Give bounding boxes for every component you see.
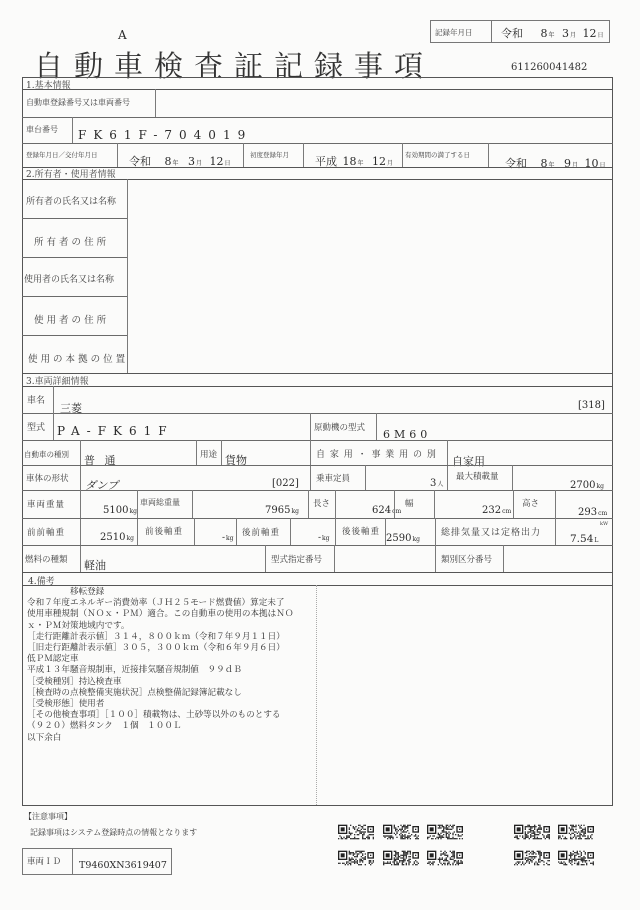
remarks-line: ［旧走行距離計表示値］３０５，３００ｋｍ（令和６年９月６日） bbox=[27, 643, 293, 654]
divider bbox=[365, 465, 366, 490]
fr-axle-number: - bbox=[222, 533, 225, 543]
month: 3 bbox=[562, 27, 569, 40]
expiry-date-value: 令和 8年 9月 10日 bbox=[505, 155, 606, 171]
width-value: 232cm bbox=[482, 505, 511, 516]
year: 8 bbox=[541, 157, 548, 170]
height-label: 高さ bbox=[522, 497, 539, 509]
divider bbox=[80, 490, 81, 572]
divider bbox=[335, 490, 336, 518]
unit: 日 bbox=[225, 160, 231, 167]
ff-axle-label: 前前軸重 bbox=[27, 526, 65, 538]
chassis-number-label: 車台番号 bbox=[26, 124, 58, 135]
divider bbox=[435, 545, 436, 572]
divider bbox=[434, 490, 435, 518]
displacement-value: 7.54L bbox=[570, 533, 598, 545]
divider bbox=[491, 21, 492, 42]
qr-code-7 bbox=[383, 850, 419, 866]
divider bbox=[22, 490, 613, 491]
divider bbox=[22, 545, 613, 546]
divider bbox=[402, 143, 403, 167]
unit: kg bbox=[129, 508, 136, 515]
remarks-line: ［その他検査事項］［１００］積載物は、土砂等以外のものとする bbox=[27, 710, 293, 721]
unit: cm bbox=[502, 508, 511, 515]
private-business-value: 自家用 bbox=[452, 453, 485, 469]
length-number: 624 bbox=[372, 505, 391, 516]
document-number: 611260041482 bbox=[511, 62, 587, 73]
body-shape-code: [022] bbox=[272, 478, 299, 489]
remarks-line: ［受検種別］持込検査車 bbox=[27, 677, 293, 688]
divider bbox=[236, 518, 237, 545]
unit: 年 bbox=[173, 160, 179, 167]
era: 令和 bbox=[505, 157, 527, 170]
unit: 月 bbox=[570, 32, 576, 39]
rr-axle-label: 後後軸重 bbox=[342, 525, 380, 537]
divider bbox=[512, 465, 513, 490]
divider bbox=[22, 117, 613, 118]
user-name-label: 使用者の氏名又は名称 bbox=[24, 272, 114, 285]
vehicle-weight-number: 5100 bbox=[103, 505, 128, 516]
divider bbox=[192, 490, 193, 518]
unit: kg bbox=[291, 508, 298, 515]
day: 10 bbox=[585, 157, 599, 170]
fr-axle-value: -kg bbox=[222, 533, 234, 543]
private-business-label: 自 家 用 ・ 事 業 用 の 別 bbox=[316, 447, 437, 460]
gross-weight-value: 7965kg bbox=[265, 505, 299, 516]
divider bbox=[22, 518, 613, 519]
divider bbox=[127, 179, 128, 373]
divider bbox=[243, 143, 244, 167]
height-number: 293 bbox=[578, 507, 597, 518]
engine-model-label: 原動機の型式 bbox=[314, 421, 365, 433]
rf-axle-label: 後前軸重 bbox=[242, 526, 280, 538]
divider bbox=[22, 218, 127, 219]
remarks-line: 移転登録 bbox=[27, 587, 293, 598]
body-shape-label: 車体の形状 bbox=[26, 472, 69, 484]
notes-text: 記録事項はシステム登録時点の情報となります bbox=[30, 827, 197, 838]
month: 9 bbox=[564, 157, 571, 170]
divider bbox=[22, 257, 127, 258]
ff-axle-number: 2510 bbox=[100, 532, 125, 543]
qr-code-8 bbox=[427, 850, 463, 866]
vehicle-id-box: 車両ＩＤ T9460XN3619407 bbox=[22, 848, 172, 875]
divider bbox=[196, 440, 197, 465]
length-label: 長さ bbox=[313, 497, 330, 509]
ff-axle-value: 2510kg bbox=[100, 532, 134, 543]
rr-axle-value: 2590kg bbox=[386, 533, 420, 544]
year: 8 bbox=[541, 27, 548, 40]
form-mark: A bbox=[118, 28, 127, 42]
divider bbox=[435, 518, 436, 545]
width-label: 幅 bbox=[405, 497, 414, 509]
vehicle-type-label: 自動車の種別 bbox=[24, 449, 69, 460]
category-label: 類別区分番号 bbox=[441, 553, 492, 565]
unit: 日 bbox=[598, 32, 604, 39]
remarks-column-divider bbox=[316, 585, 317, 805]
divider bbox=[221, 440, 222, 465]
unit: 月 bbox=[196, 160, 202, 167]
divider bbox=[503, 545, 504, 572]
first-registration-label: 初度登録年月 bbox=[250, 150, 289, 159]
base-location-label: 使 用 の 本 拠 の 位 置 bbox=[28, 351, 125, 365]
record-date-box: 記録年月日 令和 8年 3月 12日 bbox=[430, 20, 610, 43]
qr-code-6 bbox=[338, 850, 374, 866]
remarks-line: 平成１３年騒音規制車，近接排気騒音規制値 ９９ｄＢ bbox=[27, 665, 293, 676]
divider bbox=[22, 572, 613, 573]
qr-code-4 bbox=[514, 824, 550, 840]
remarks-text: 移転登録令和７年度エネルギー消費効率（ＪＨ２５モード燃費値）算定未了使用車種規制… bbox=[27, 587, 293, 744]
max-load-label: 最大積載量 bbox=[456, 470, 499, 482]
remarks-line: 低ＰＭ認定車 bbox=[27, 654, 293, 665]
era: 令和 bbox=[501, 27, 523, 40]
unit: 月 bbox=[387, 160, 393, 167]
record-date-value: 令和 8年 3月 12日 bbox=[501, 25, 604, 41]
record-date-label: 記録年月日 bbox=[435, 27, 473, 38]
remarks-line: （９２０）燃料タンク １個 １００Ｌ bbox=[27, 721, 293, 732]
unit: cm bbox=[598, 510, 607, 517]
remarks-line: 使用車種規制（ＮＯｘ・ＰＭ）適合。この自動車の使用の本拠はＮＯ bbox=[27, 609, 293, 620]
divider bbox=[513, 490, 514, 518]
divider bbox=[53, 386, 54, 413]
remarks-line: ［受検形態］使用者 bbox=[27, 699, 293, 710]
divider bbox=[72, 117, 73, 143]
rf-axle-number: - bbox=[318, 533, 321, 543]
divider bbox=[194, 518, 195, 545]
car-name-label: 車名 bbox=[27, 393, 45, 406]
remarks-line: 以下余白 bbox=[27, 733, 293, 744]
qr-code-9 bbox=[514, 850, 550, 866]
unit: kg bbox=[226, 535, 233, 542]
gross-weight-number: 7965 bbox=[265, 505, 290, 516]
divider bbox=[22, 373, 613, 374]
divider bbox=[376, 413, 377, 440]
divider bbox=[22, 335, 127, 336]
divider bbox=[22, 386, 613, 387]
divider bbox=[22, 143, 613, 144]
divider bbox=[308, 490, 309, 518]
owner-name-label: 所有者の氏名又は名称 bbox=[26, 194, 116, 207]
fuel-label: 燃料の種類 bbox=[25, 553, 68, 565]
qr-code-3 bbox=[427, 824, 463, 840]
capacity-number: 3 bbox=[430, 478, 436, 489]
vehicle-weight-value: 5100kg bbox=[103, 505, 137, 516]
divider bbox=[155, 89, 156, 117]
chassis-number-value: FK61F-704019 bbox=[78, 128, 252, 142]
unit: 年 bbox=[358, 160, 364, 167]
remarks-line: ［検査時の点検整備実施状況］点検整備記録簿記載なし bbox=[27, 688, 293, 699]
unit: kg bbox=[596, 483, 603, 490]
divider bbox=[72, 849, 73, 874]
divider bbox=[22, 413, 613, 414]
divider bbox=[310, 413, 311, 440]
divider bbox=[555, 518, 556, 545]
remarks-line: ［走行距離計表示値］３１４，８００ｋｍ（令和７年９月１１日） bbox=[27, 632, 293, 643]
divider bbox=[290, 518, 291, 545]
fuel-value: 軽油 bbox=[84, 557, 106, 573]
unit: kg bbox=[126, 535, 133, 542]
vehicle-id-value: T9460XN3619407 bbox=[79, 860, 167, 871]
divider bbox=[22, 179, 613, 180]
qr-code-1 bbox=[338, 824, 374, 840]
car-name-code: [318] bbox=[578, 400, 605, 411]
user-address-label: 使 用 者 の 住 所 bbox=[34, 312, 106, 326]
qr-code-2 bbox=[383, 824, 419, 840]
capacity-value: 3人 bbox=[430, 478, 443, 489]
divider bbox=[334, 545, 335, 572]
gross-weight-label: 車両総重量 bbox=[140, 497, 180, 508]
registration-number-label: 自動車登録番号又は車両番号 bbox=[26, 97, 130, 108]
divider bbox=[22, 296, 127, 297]
displacement-label: 総排気量又は定格出力 bbox=[441, 525, 541, 538]
divider bbox=[22, 465, 613, 466]
unit: L bbox=[594, 537, 598, 544]
vehicle-weight-label: 車両重量 bbox=[27, 498, 65, 510]
expiry-date-label: 有効期間の満了する日 bbox=[405, 150, 470, 159]
unit: kg bbox=[412, 536, 419, 543]
divider bbox=[22, 440, 613, 441]
remarks-line: ｘ・ＰＭ対策地域内です。 bbox=[27, 621, 293, 632]
notes-title: 【注意事項】 bbox=[24, 811, 72, 822]
type-designation-label: 型式指定番号 bbox=[271, 553, 322, 565]
qr-code-10 bbox=[558, 850, 594, 866]
remarks-line: 令和７年度エネルギー消費効率（ＪＨ２５モード燃費値）算定未了 bbox=[27, 598, 293, 609]
day: 12 bbox=[583, 27, 597, 40]
width-number: 232 bbox=[482, 505, 501, 516]
divider bbox=[53, 413, 54, 440]
divider bbox=[394, 490, 395, 518]
divider bbox=[117, 143, 118, 167]
height-value: 293cm bbox=[578, 507, 607, 518]
capacity-label: 乗車定員 bbox=[316, 472, 350, 484]
displacement-number: 7.54 bbox=[570, 533, 593, 545]
vehicle-id-label: 車両ＩＤ bbox=[27, 855, 61, 867]
divider bbox=[335, 518, 336, 545]
registration-date-label: 登録年月日／交付年月日 bbox=[26, 150, 98, 159]
model-value: PA-FK61F bbox=[57, 424, 174, 438]
length-value: 624cm bbox=[372, 505, 401, 516]
unit: 年 bbox=[549, 32, 555, 39]
model-label: 型式 bbox=[27, 420, 45, 433]
kw-unit: kW bbox=[600, 521, 608, 527]
divider bbox=[303, 143, 304, 167]
rf-axle-value: -kg bbox=[318, 533, 330, 543]
rr-axle-number: 2590 bbox=[386, 533, 411, 544]
qr-code-5 bbox=[558, 824, 594, 840]
owner-address-label: 所 有 者 の 住 所 bbox=[34, 234, 106, 248]
divider bbox=[555, 490, 556, 518]
divider bbox=[488, 143, 489, 167]
unit: 人 bbox=[437, 481, 443, 488]
unit: kg bbox=[322, 535, 329, 542]
divider bbox=[265, 545, 266, 572]
purpose-label: 用途 bbox=[200, 448, 217, 460]
divider bbox=[22, 89, 613, 90]
divider bbox=[22, 585, 613, 586]
fr-axle-label: 前後軸重 bbox=[145, 525, 183, 537]
